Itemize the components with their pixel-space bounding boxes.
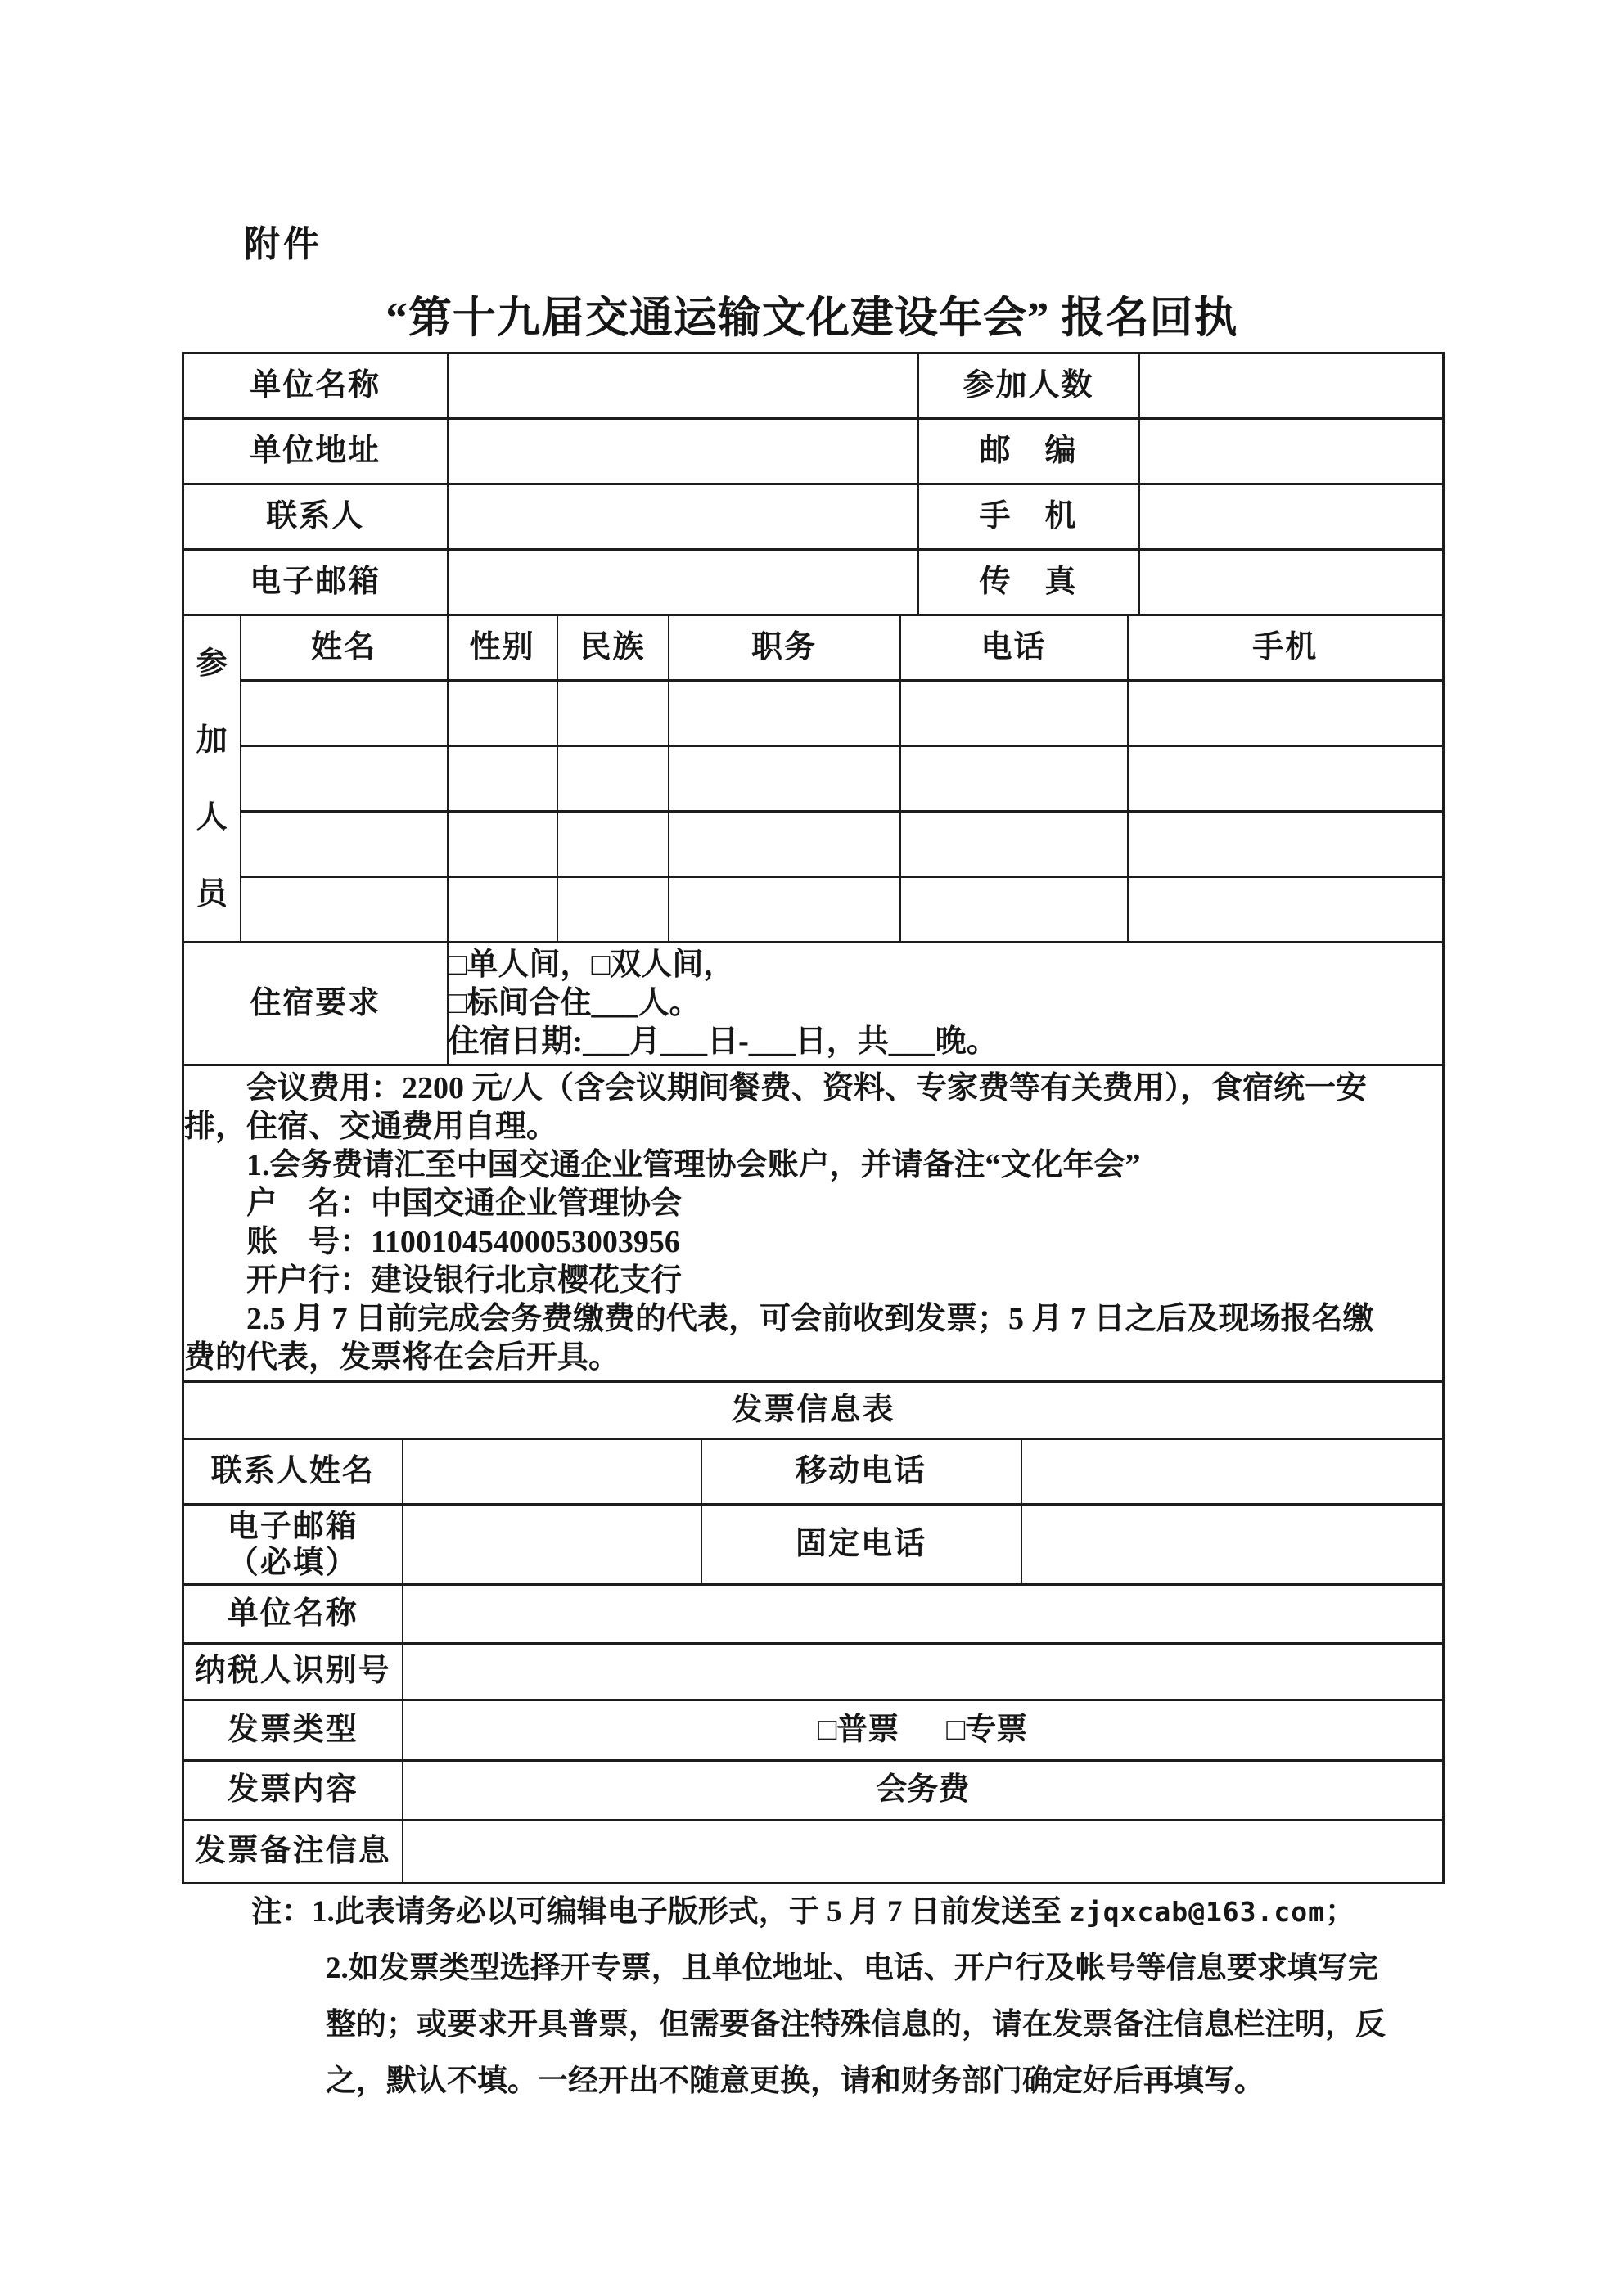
unit-name-input[interactable] [448, 353, 918, 419]
fax-input[interactable] [1139, 550, 1444, 615]
invoice-email-label: 电子邮箱 （必填） [183, 1505, 403, 1585]
footnote-2-line: 之，默认不填。一经开出不随意更换，请和财务部门确定好后再填写。 [326, 2053, 1458, 2109]
attendee-col-position: 职务 [669, 615, 900, 681]
email-address: zjqxcab@163.com [1069, 1896, 1325, 1928]
checkbox-shared-room[interactable]: □标间合住___人。 [449, 986, 701, 1020]
attendee-phone-input[interactable] [900, 877, 1128, 943]
contact-person-label: 联系人 [183, 484, 448, 550]
attendee-ethnicity-input[interactable] [557, 812, 669, 877]
attendee-col-mobile: 手机 [1128, 615, 1444, 681]
attendees-section-label: 参加人员 [183, 615, 241, 943]
attendee-row [183, 812, 1444, 877]
mobile-label: 手 机 [918, 484, 1139, 550]
fee-line: 排，住宿、交通费用自理。 [184, 1108, 1442, 1146]
footnote-2-line: 2.如发票类型选择开专票，且单位地址、电话、开户行及帐号等信息要求填写完 [326, 1940, 1458, 1997]
attendee-col-gender: 性别 [448, 615, 557, 681]
accommodation-label: 住宿要求 [183, 943, 448, 1065]
footnote-2-line: 整的；或要求开具普票，但需要备注特殊信息的，请在发票备注信息栏注明，反 [326, 1997, 1458, 2053]
attendee-mobile-input[interactable] [1128, 681, 1444, 746]
attendee-mobile-input[interactable] [1128, 877, 1444, 943]
attendee-col-name: 姓名 [241, 615, 448, 681]
attendee-gender-input[interactable] [448, 681, 557, 746]
zip-code-input[interactable] [1139, 419, 1444, 484]
attendee-mobile-input[interactable] [1128, 746, 1444, 812]
invoice-title-row: 发票信息表 [183, 1382, 1444, 1439]
attendee-position-input[interactable] [669, 812, 900, 877]
invoice-taxid-label: 纳税人识别号 [183, 1644, 403, 1700]
account-holder: 户 名：中国交通企业管理协会 [184, 1185, 1442, 1223]
attendee-position-input[interactable] [669, 877, 900, 943]
attendee-ethnicity-input[interactable] [557, 681, 669, 746]
invoice-remark-input[interactable] [403, 1821, 1444, 1884]
attendee-position-input[interactable] [669, 746, 900, 812]
attendee-row [183, 746, 1444, 812]
checkbox-general-invoice[interactable]: □普票 [818, 1713, 899, 1747]
invoice-row: 发票备注信息 [183, 1821, 1444, 1884]
attendee-row [183, 681, 1444, 746]
attendee-name-input[interactable] [241, 746, 448, 812]
attendee-ethnicity-input[interactable] [557, 746, 669, 812]
unit-name-label: 单位名称 [183, 353, 448, 419]
invoice-row: 纳税人识别号 [183, 1644, 1444, 1700]
invoice-row: 发票类型 □普票□专票 [183, 1700, 1444, 1761]
attendee-phone-input[interactable] [900, 812, 1128, 877]
invoice-row: 联系人姓名 移动电话 [183, 1439, 1444, 1505]
checkbox-double-room[interactable]: □双人间， [591, 948, 734, 982]
invoice-remark-label: 发票备注信息 [183, 1821, 403, 1884]
attendee-mobile-input[interactable] [1128, 812, 1444, 877]
table-row: 单位地址 邮 编 [183, 419, 1444, 484]
contact-person-input[interactable] [448, 484, 918, 550]
invoice-policy-line: 2.5 月 7 日前完成会务费缴费的代表，可会前收到发票；5 月 7 日之后及现… [184, 1300, 1442, 1339]
invoice-email-input[interactable] [403, 1505, 701, 1585]
unit-address-input[interactable] [448, 419, 918, 484]
accommodation-options: □单人间，□双人间， □标间合住___人。 住宿日期:___月___日-___日… [448, 943, 1444, 1065]
invoice-content-value: 会务费 [403, 1761, 1444, 1821]
table-row: 单位名称 参加人数 [183, 353, 1444, 419]
attendee-gender-input[interactable] [448, 877, 557, 943]
checkbox-single-room[interactable]: □单人间， [449, 948, 592, 982]
attendee-name-input[interactable] [241, 812, 448, 877]
attendee-name-input[interactable] [241, 681, 448, 746]
invoice-row: 发票内容 会务费 [183, 1761, 1444, 1821]
participant-count-input[interactable] [1139, 353, 1444, 419]
payment-instruction: 1.会务费请汇至中国交通企业管理协会账户，并请备注“文化年会” [184, 1146, 1442, 1185]
footnotes: 注：1.此表请务必以可编辑电子版形式，于 5 月 7 日前发送至 zjqxcab… [182, 1884, 1458, 2109]
unit-address-label: 单位地址 [183, 419, 448, 484]
invoice-landline-label: 固定电话 [701, 1505, 1021, 1585]
footnote-1-suffix: ； [1325, 1895, 1355, 1929]
invoice-contact-label: 联系人姓名 [183, 1439, 403, 1505]
invoice-taxid-input[interactable] [403, 1644, 1444, 1700]
invoice-policy-line: 费的代表，发票将在会后开具。 [184, 1339, 1442, 1377]
footnote-1-text: 注：1.此表请务必以可编辑电子版形式，于 5 月 7 日前发送至 [251, 1895, 1069, 1929]
invoice-type-label: 发票类型 [183, 1700, 403, 1761]
attachment-label: 附件 [244, 214, 322, 267]
bank-branch: 开户行：建设银行北京樱花支行 [184, 1262, 1442, 1300]
attendee-gender-input[interactable] [448, 812, 557, 877]
attendee-row [183, 877, 1444, 943]
attendee-ethnicity-input[interactable] [557, 877, 669, 943]
attendee-phone-input[interactable] [900, 681, 1128, 746]
fax-label: 传 真 [918, 550, 1139, 615]
page-title: “第十九届交通运输文化建设年会” 报名回执 [182, 283, 1442, 345]
invoice-type-options: □普票□专票 [403, 1700, 1444, 1761]
checkbox-special-invoice[interactable]: □专票 [946, 1713, 1027, 1747]
attendee-position-input[interactable] [669, 681, 900, 746]
table-row: 电子邮箱 传 真 [183, 550, 1444, 615]
invoice-content-label: 发票内容 [183, 1761, 403, 1821]
attendee-gender-input[interactable] [448, 746, 557, 812]
accommodation-date-input[interactable]: 住宿日期:___月___日-___日，共___晚。 [449, 1024, 998, 1059]
attendee-phone-input[interactable] [900, 746, 1128, 812]
invoice-unit-label: 单位名称 [183, 1585, 403, 1644]
registration-form-table: 单位名称 参加人数 单位地址 邮 编 联系人 手 机 电子邮箱 传 真 参加人员… [182, 352, 1445, 1884]
mobile-input[interactable] [1139, 484, 1444, 550]
attendee-col-phone: 电话 [900, 615, 1128, 681]
zip-code-label: 邮 编 [918, 419, 1139, 484]
invoice-table-title: 发票信息表 [183, 1382, 1444, 1439]
participant-count-label: 参加人数 [918, 353, 1139, 419]
invoice-row: 单位名称 [183, 1585, 1444, 1644]
fee-line: 会议费用：2200 元/人（含会议期间餐费、资料、专家费等有关费用），食宿统一安 [184, 1069, 1442, 1108]
account-number: 账 号：11001045400053003956 [184, 1223, 1442, 1262]
attendee-col-ethnicity: 民族 [557, 615, 669, 681]
email-input[interactable] [448, 550, 918, 615]
attendee-name-input[interactable] [241, 877, 448, 943]
invoice-mobile-input[interactable] [1021, 1439, 1444, 1505]
email-label: 电子邮箱 [183, 550, 448, 615]
attendee-header-row: 参加人员 姓名 性别 民族 职务 电话 手机 [183, 615, 1444, 681]
invoice-mobile-label: 移动电话 [701, 1439, 1021, 1505]
fee-section-row: 会议费用：2200 元/人（含会议期间餐费、资料、专家费等有关费用），食宿统一安… [183, 1065, 1444, 1382]
table-row: 联系人 手 机 [183, 484, 1444, 550]
accommodation-row: 住宿要求 □单人间，□双人间， □标间合住___人。 住宿日期:___月___日… [183, 943, 1444, 1065]
invoice-unit-input[interactable] [403, 1585, 1444, 1644]
fee-instructions: 会议费用：2200 元/人（含会议期间餐费、资料、专家费等有关费用），食宿统一安… [183, 1065, 1444, 1382]
invoice-contact-input[interactable] [403, 1439, 701, 1505]
invoice-landline-input[interactable] [1021, 1505, 1444, 1585]
invoice-row: 电子邮箱 （必填） 固定电话 [183, 1505, 1444, 1585]
footnote-1: 注：1.此表请务必以可编辑电子版形式，于 5 月 7 日前发送至 zjqxcab… [251, 1884, 1458, 1940]
